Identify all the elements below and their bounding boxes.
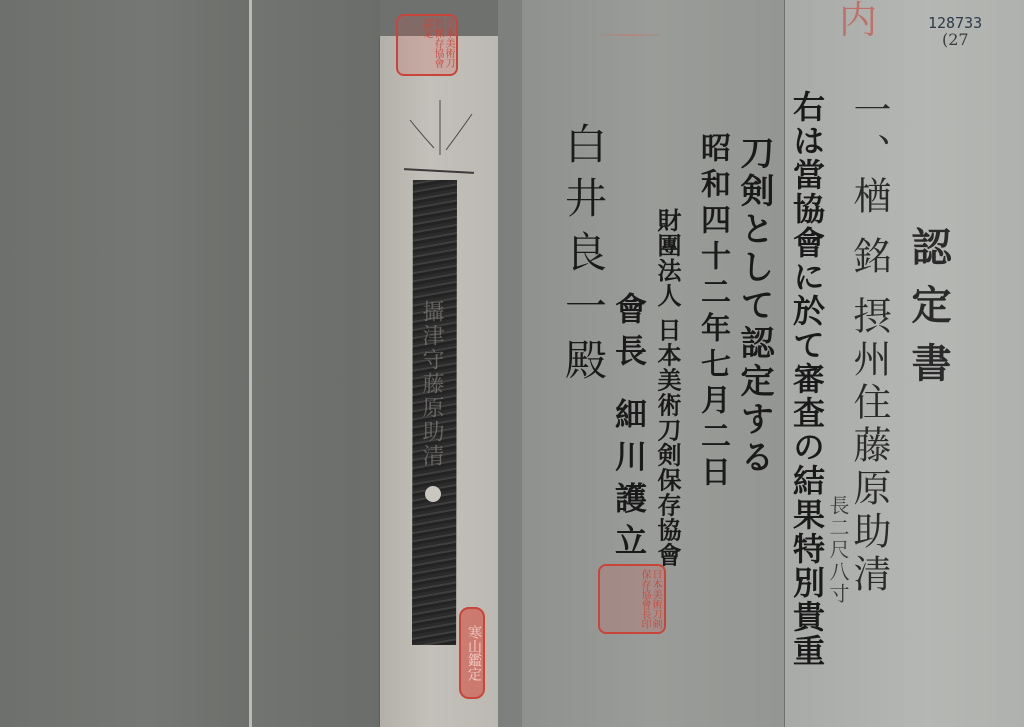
folder-panel-second [252, 0, 380, 727]
bottom-oval-seal: 寒山鑑定 [459, 607, 485, 699]
tang-inscription: 攝津守藤原助清 [421, 300, 447, 468]
corner-red-mark: 内 [839, 0, 867, 52]
folder-panel-third [498, 0, 524, 727]
mekugi-hole [425, 486, 441, 502]
certification-statement: 右は當協會に於て審査の結果特別貴重 [784, 90, 830, 668]
president-red-seal: 日本美術刀剣保存協會長印 [598, 564, 666, 634]
folder-panel-left [0, 0, 250, 727]
issuing-organization: 財團法人 日本美術刀剣保存協會 [650, 208, 685, 567]
blade-tip-sketch [400, 100, 480, 160]
certification-statement-cont: 刀剣として認定する [730, 135, 779, 477]
certificate-subnumber: (27 [942, 30, 969, 49]
certificate-title: 認定書 [900, 226, 957, 400]
faint-stamp-mark [600, 34, 660, 36]
certificate-date: 昭和四十二年七月二日 [690, 132, 734, 492]
top-red-seal: 日本美術刀剣保存協會認定 [396, 14, 458, 76]
recipient-name: 白井良一殿 [553, 122, 613, 392]
